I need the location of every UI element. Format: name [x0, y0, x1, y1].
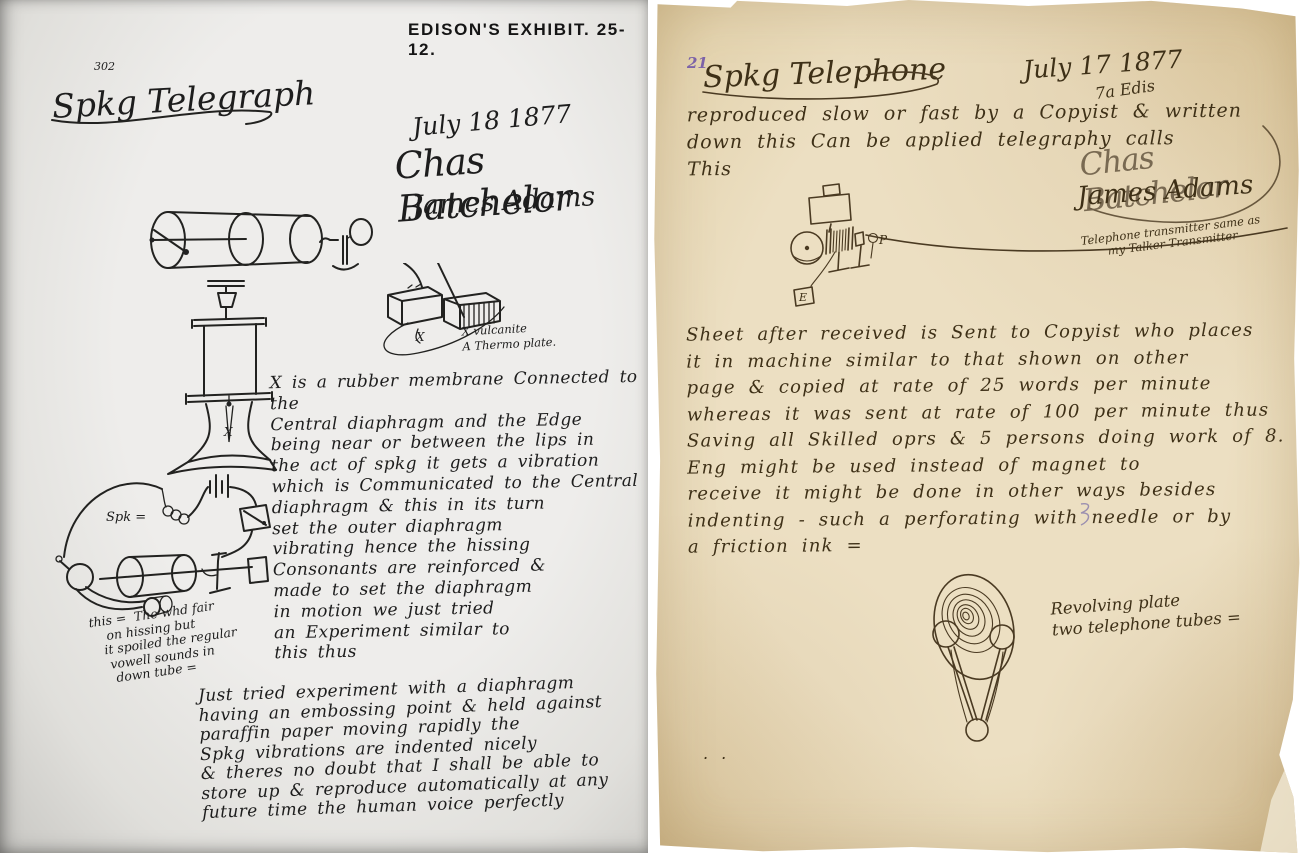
torn-corner: [1260, 735, 1300, 853]
blocks-x-label: X: [415, 330, 425, 344]
revolving-plate-sketch: [901, 570, 1056, 765]
speaker-label: Spk =: [106, 510, 146, 525]
cylinder-recorder-sketch: [138, 200, 383, 280]
membrane-paragraph: X is a rubber membrane Connected to the …: [269, 367, 650, 665]
footer-marks: . .: [703, 744, 730, 763]
title-flourish: [695, 60, 950, 105]
pulley-label: P: [878, 233, 888, 247]
experiment-paragraph: Just tried experiment with a diaphragm h…: [198, 673, 610, 824]
exhibit-stamp: EDISON'S EXHIBIT. 25-12.: [408, 20, 648, 60]
page-number: 302: [94, 60, 115, 73]
left-notebook-page: EDISON'S EXHIBIT. 25-12. 302 Spkg Telegr…: [0, 0, 648, 853]
funnel-x-label: X: [223, 425, 233, 439]
transmitter-sketch: P E: [765, 182, 1299, 317]
right-notebook-page: 21 Spkg Telephone July 17 1877 7a Edis r…: [653, 0, 1300, 853]
plate-note: Revolving plate two telephone tubes =: [1050, 585, 1242, 640]
title-underline-flourish: [48, 100, 278, 135]
copyist-paragraph: Sheet after received is Sent to Copyist …: [686, 317, 1286, 561]
electromagnet-label: E: [798, 291, 807, 304]
pencil-mark: [1077, 500, 1097, 530]
date-line: July 17 1877: [1022, 44, 1183, 84]
blocks-caption: X vulcanite A Thermo plate.: [461, 320, 556, 355]
